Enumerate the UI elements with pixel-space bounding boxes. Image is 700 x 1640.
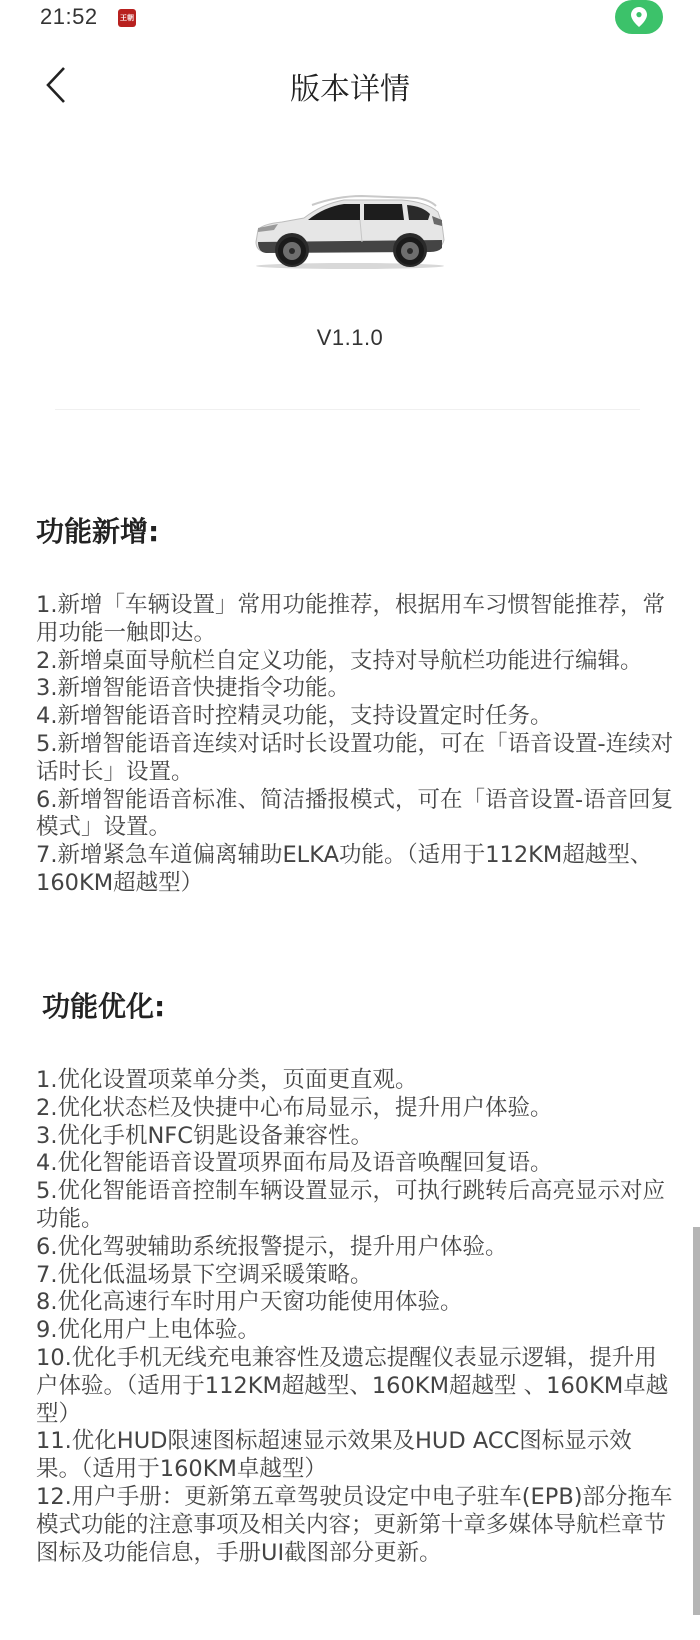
version-details-page: 21:52 王朝 版本详情 [0,0,700,1640]
list-item: 4.新增智能语音时控精灵功能，支持设置定时任务。 [36,703,676,731]
list-item: 12.用户手册：更新第五章驾驶员设定中电子驻车(EPB)部分拖车模式功能的注意事… [36,1484,676,1567]
version-number: V1.1.0 [0,325,700,351]
list-item: 2.优化状态栏及快捷中心布局显示，提升用户体验。 [36,1095,676,1123]
optimizations-title: 功能优化: [42,985,165,1025]
list-item: 6.新增智能语音标准、简洁播报模式，可在「语音设置-语音回复模式」设置。 [36,787,676,843]
list-item: 8.优化高速行车时用户天窗功能使用体验。 [36,1289,676,1317]
list-item: 7.新增紧急车道偏离辅助ELKA功能。（适用于112KM超越型、160KM超越型… [36,842,676,898]
new-features-title: 功能新增: [36,510,159,550]
list-item: 2.新增桌面导航栏自定义功能，支持对导航栏功能进行编辑。 [36,648,676,676]
list-item: 5.新增智能语音连续对话时长设置功能，可在「语音设置-连续对话时长」设置。 [36,731,676,787]
nav-bar: 版本详情 [0,50,700,120]
status-time: 21:52 [40,4,98,30]
list-item: 9.优化用户上电体验。 [36,1317,676,1345]
location-pin-icon [631,7,647,27]
new-features-list: 1.新增「车辆设置」常用功能推荐，根据用车习惯智能推荐，常用功能一触即达。 2.… [36,592,676,898]
list-item: 5.优化智能语音控制车辆设置显示，可执行跳转后高亮显示对应功能。 [36,1178,676,1234]
list-item: 1.新增「车辆设置」常用功能推荐，根据用车习惯智能推荐，常用功能一触即达。 [36,592,676,648]
list-item: 10.优化手机无线充电兼容性及遗忘提醒仪表显示逻辑，提升用户体验。（适用于112… [36,1345,676,1428]
list-item: 6.优化驾驶辅助系统报警提示，提升用户体验。 [36,1234,676,1262]
optimizations-list: 1.优化设置项菜单分类，页面更直观。 2.优化状态栏及快捷中心布局显示，提升用户… [36,1067,676,1567]
page-title: 版本详情 [0,64,700,108]
list-item: 11.优化HUD限速图标超速显示效果及HUD ACC图标显示效果。（适用于160… [36,1428,676,1484]
dynasty-app-notification-icon: 王朝 [118,9,136,27]
list-item: 3.新增智能语音快捷指令功能。 [36,675,676,703]
scrollbar[interactable] [693,1227,700,1615]
list-item: 3.优化手机NFC钥匙设备兼容性。 [36,1123,676,1151]
location-indicator[interactable] [615,0,663,34]
list-item: 7.优化低温场景下空调采暖策略。 [36,1262,676,1290]
status-bar: 21:52 王朝 [0,0,700,40]
car-image [252,190,447,275]
list-item: 1.优化设置项菜单分类，页面更直观。 [36,1067,676,1095]
divider [55,409,640,410]
list-item: 4.优化智能语音设置项界面布局及语音唤醒回复语。 [36,1150,676,1178]
